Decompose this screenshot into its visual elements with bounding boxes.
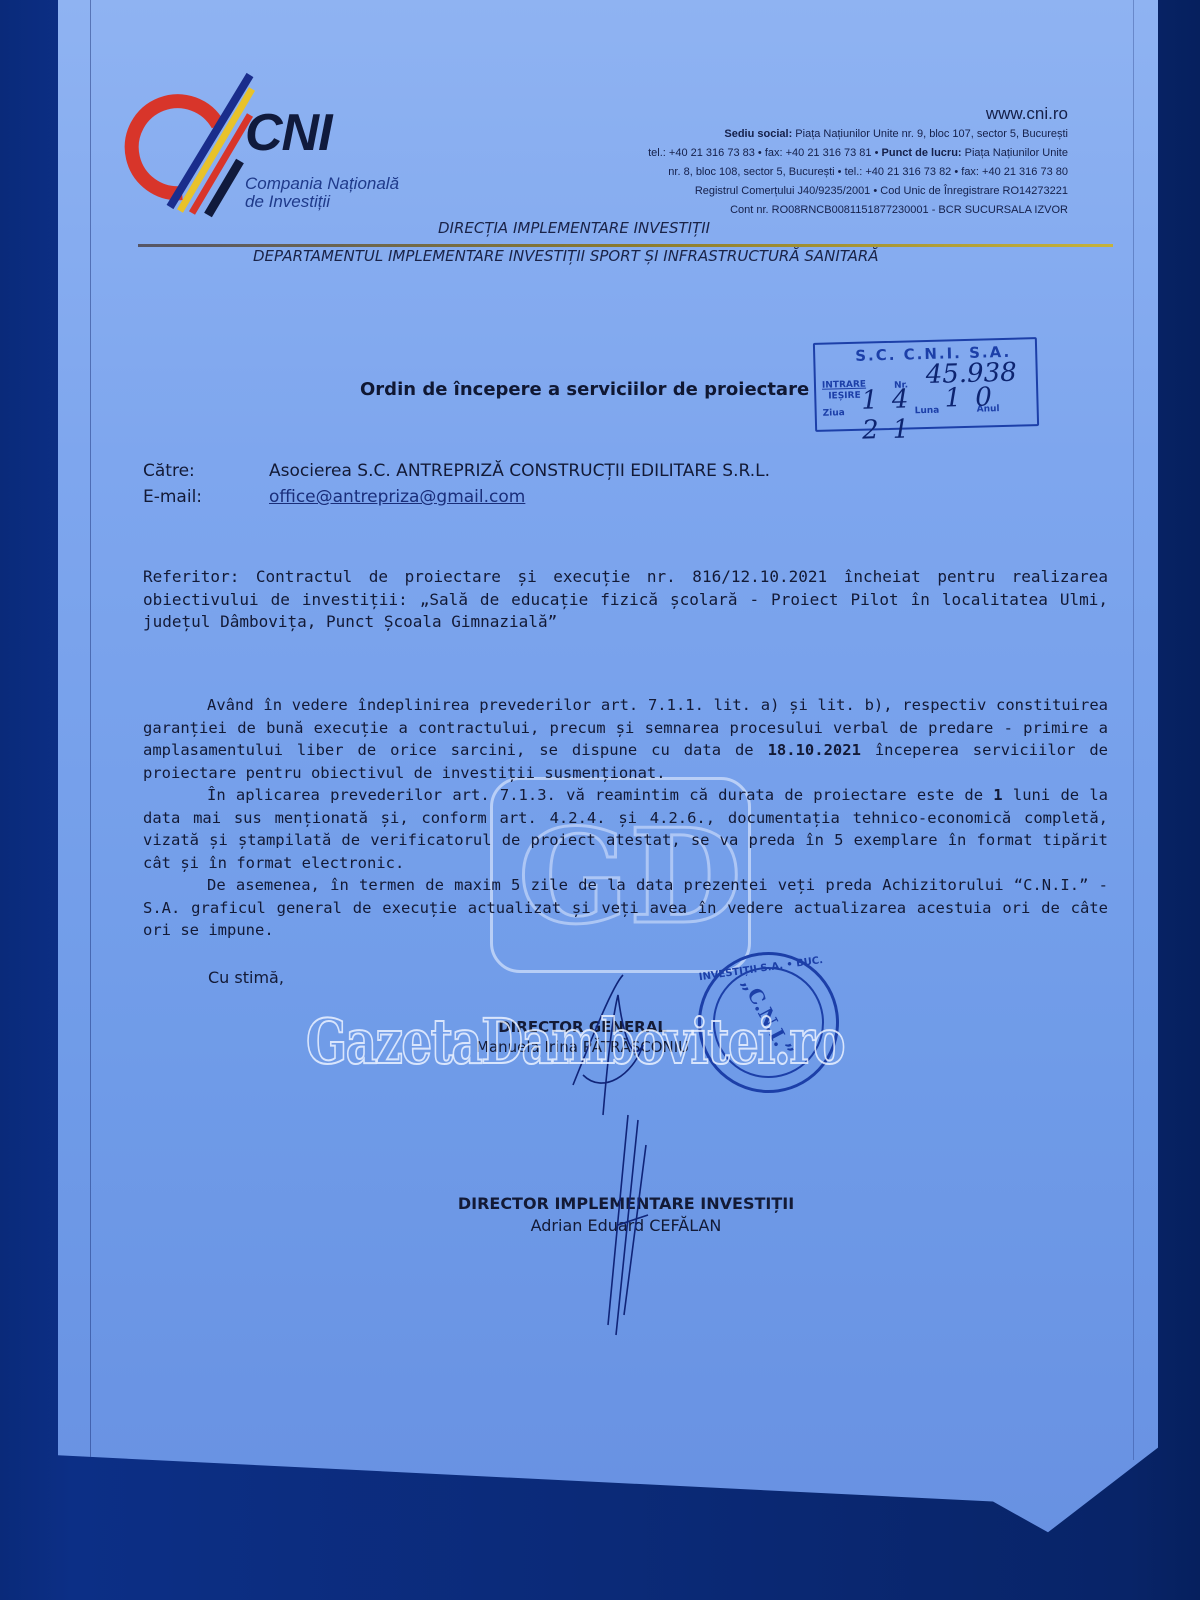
stamp-in-label: INTRARE	[822, 380, 866, 391]
paragraph-2: În aplicarea prevederilor art. 7.1.3. vă…	[143, 784, 1108, 874]
stamp-date: 14 10 21	[861, 381, 1038, 446]
cni-logo: CNI Compania Națională de Investiții	[140, 75, 440, 215]
contact-line-4: Registrul Comerțului J40/9235/2001 • Cod…	[648, 182, 1068, 201]
watermark-text: GazetaDambovitei.ro	[306, 1005, 844, 1078]
registration-stamp: S.C. C.N.I. S.A. INTRARE IEȘIRE Nr. Ziua…	[813, 337, 1039, 432]
paragraph-1: Având în vedere îndeplinirea prevederilo…	[143, 694, 1108, 784]
contact-line-2: tel.: +40 21 316 73 83 • fax: +40 21 316…	[648, 144, 1068, 163]
company-contact-block: www.cni.ro Sediu social: Piața Națiunilo…	[648, 103, 1068, 220]
signature-scribble-icon	[598, 1115, 658, 1345]
document-page: GD CNI Compania Națională de Investiții …	[58, 0, 1158, 1540]
closing: Cu stimă,	[208, 968, 284, 987]
document-title: Ordin de începere a serviciilor de proie…	[360, 379, 809, 400]
logo-subtitle-line2: de Investiții	[245, 193, 399, 211]
logo-subtitle: Compania Națională de Investiții	[245, 175, 399, 211]
to-value: Asocierea S.C. ANTREPRIZĂ CONSTRUCȚII ED…	[269, 458, 770, 484]
cni-logo-mark-icon	[140, 75, 250, 215]
paragraph-3: De asemenea, în termen de maxim 5 zile d…	[143, 874, 1108, 942]
contact-line-5: Cont nr. RO08RNCB0081151877230001 - BCR …	[648, 201, 1068, 220]
recipient-block: Către: Asocierea S.C. ANTREPRIZĂ CONSTRU…	[143, 458, 770, 510]
reference-paragraph: Referitor: Contractul de proiectare și e…	[143, 566, 1108, 634]
department-name: DEPARTAMENTUL IMPLEMENTARE INVESTIȚII SP…	[253, 247, 879, 265]
recipient-row: Către: Asocierea S.C. ANTREPRIZĂ CONSTRU…	[143, 458, 770, 484]
stamp-out-label: IEȘIRE	[828, 391, 861, 402]
body-paragraphs: Având în vedere îndeplinirea prevederilo…	[143, 694, 1108, 942]
email-link[interactable]: office@antrepriza@gmail.com	[269, 484, 525, 510]
email-label: E-mail:	[143, 484, 269, 510]
email-row: E-mail: office@antrepriza@gmail.com	[143, 484, 770, 510]
to-label: Către:	[143, 458, 269, 484]
contact-line-3: nr. 8, bloc 108, sector 5, București • t…	[648, 163, 1068, 182]
logo-subtitle-line1: Compania Națională	[245, 175, 399, 193]
logo-brand: CNI	[245, 103, 332, 163]
stamp-day-label: Ziua	[823, 408, 845, 419]
directorate-name: DIRECȚIA IMPLEMENTARE INVESTIȚII	[438, 219, 710, 237]
website: www.cni.ro	[648, 103, 1068, 125]
contact-line-1: Sediu social: Piața Națiunilor Unite nr.…	[648, 125, 1068, 144]
